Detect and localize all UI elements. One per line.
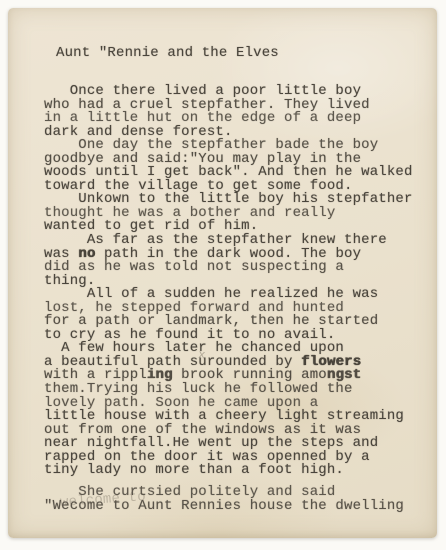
text-line: out from one of the windows as it was bbox=[44, 424, 413, 438]
text-line: lovely path. Soon he came upon a bbox=[44, 397, 413, 411]
text-line: in a little hut on the edge of a deep bbox=[44, 112, 413, 126]
text-line: did as he was told not suspecting a bbox=[44, 261, 413, 275]
text-line: for a path or landmark, then he started bbox=[44, 315, 413, 329]
text-line: thought he was a bother and really bbox=[44, 207, 413, 221]
typewritten-page: Aunt "Rennie and the Elves Once there li… bbox=[8, 8, 437, 538]
text-line: tiny lady no more than a foot high. bbox=[44, 464, 413, 478]
text-line: goodbye and said:"You may play in the bbox=[44, 153, 413, 167]
story-title: Aunt "Rennie and the Elves bbox=[56, 47, 279, 61]
story-body: Once there lived a poor little boywho ha… bbox=[44, 85, 413, 513]
